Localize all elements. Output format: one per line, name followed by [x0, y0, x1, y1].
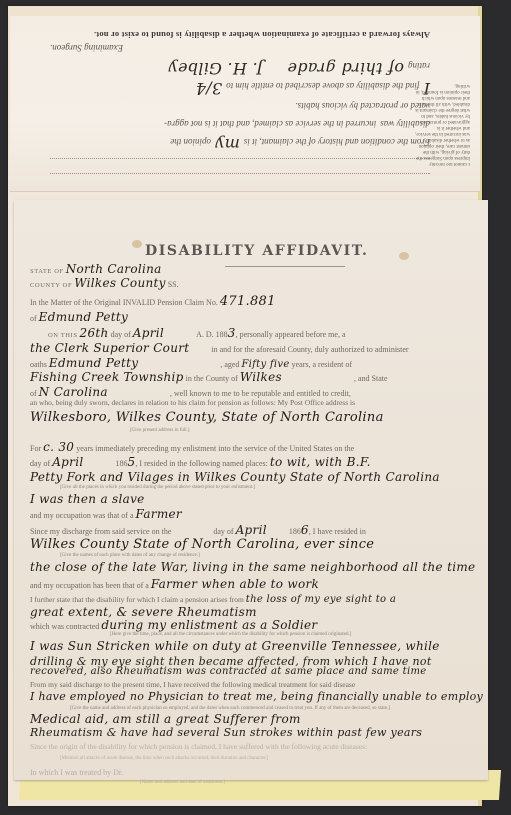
blank-line: [50, 173, 430, 184]
affidavit-sheet: DISABILITY AFFIDAVIT. STATE OF North Car…: [14, 200, 488, 780]
county-line: COUNTY OF Wilkes County SS.: [30, 276, 478, 290]
residence-value: Wilkes County State of North Carolina, e…: [30, 537, 374, 552]
years-text: years immediately preceding my enlistmen…: [76, 444, 354, 453]
age-value: Fifty five: [241, 359, 289, 370]
appeared-text: , personally appeared before me, a: [236, 330, 346, 339]
acute-line: Since the origin of the disability for w…: [30, 742, 478, 751]
treatment-value: Rheumatism & have had several Sun stroke…: [30, 726, 422, 739]
post-office-caption: [Give present address in full.]: [130, 428, 190, 433]
occupation-since-line: and my occupation has been that of a Far…: [30, 577, 478, 591]
places-value: I was then a slave: [30, 492, 145, 506]
county-of-label: in the County of: [186, 374, 238, 383]
residence-caption: [Give the names of each place with dates…: [60, 553, 200, 558]
acute-label: Since the origin of the disability for w…: [30, 742, 367, 751]
treatment-label: From my said discharge to the present ti…: [30, 680, 355, 689]
claim-label: In the Matter of the Original INVALID Pe…: [30, 298, 218, 307]
officer-text: in and for the aforesaid County, duly au…: [211, 345, 408, 354]
treatment-line: From my said discharge to the present ti…: [30, 680, 478, 689]
enlist-month: April: [52, 455, 83, 469]
occupation-line: and my occupation was that of a Farmer: [30, 507, 478, 521]
contracted-value: during my enlistment as a Soldier: [101, 618, 317, 632]
disability-label: I further state that the disability for …: [30, 595, 244, 604]
since-discharge-label: Since my discharge from said service on …: [30, 527, 171, 536]
treated-label: In which I was treated by Dr.: [30, 768, 123, 777]
handwritten-rating: 3/4: [196, 79, 223, 98]
printed-text: opinion the: [170, 137, 211, 147]
state-of-value: N Carolina: [39, 385, 108, 399]
contracted-label: which was contracted: [30, 622, 99, 631]
of-label: of: [30, 314, 37, 323]
places-caption: [Give all the places in which you reside…: [60, 485, 255, 490]
for-label: For: [30, 444, 41, 453]
officer-value: the Clerk Superior Court: [30, 341, 189, 355]
treated-line: In which I was treated by Dr.: [30, 768, 478, 777]
handwritten-opinion: my: [215, 135, 240, 154]
opinion-line: From the condition and history of the cl…: [50, 134, 430, 154]
post-office-value: Wilkesboro, Wilkes County, State of Nort…: [30, 410, 384, 425]
year-digit: 3: [228, 326, 236, 340]
disability-line-2: great extent, & severe Rheumatism: [30, 605, 478, 619]
signature-label: Examining Surgeon.: [50, 43, 123, 53]
claimant-line: of Edmund Petty: [30, 310, 478, 324]
treatment-caption: [Give the name and address of each physi…: [70, 706, 390, 711]
slave-line: I was then a slave: [30, 492, 478, 506]
printed-text: find the disability as above described t…: [226, 81, 419, 91]
disability-line: I further state that the disability for …: [30, 594, 478, 605]
places-value: to wit, with B.F.: [270, 455, 371, 469]
treatment-value: Medical aid, am still a great Sufferer f…: [30, 712, 301, 726]
occupation-since-label: and my occupation has been that of a: [30, 581, 149, 590]
discharge-year-digit: 6: [301, 523, 309, 537]
residence-value: the close of the late War, living in the…: [30, 560, 475, 574]
surgeon-signature: J. H. Gilbey: [168, 59, 263, 78]
contracted-line: which was contracted during my enlistmen…: [30, 618, 478, 632]
township-line: Fishing Creek Township in the County of …: [30, 370, 478, 384]
reputable-text: , well known to me to be reputable and e…: [170, 389, 351, 398]
surgeon-certificate: From the condition and history of the cl…: [50, 38, 430, 188]
disability-value: the loss of my eye sight to a: [246, 594, 396, 605]
treatment-line-2: Medical aid, am still a great Sufferer f…: [30, 712, 478, 726]
affiant-line: oaths Edmund Petty , aged Fifty five yea…: [30, 356, 478, 370]
disability-value: great extent, & severe Rheumatism: [30, 605, 257, 619]
discharge-year-prefix: 186: [289, 527, 301, 536]
ad-label: A. D. 188: [196, 330, 228, 339]
circumstances-line-3: recovered, also Rheumatism was contracte…: [30, 666, 478, 677]
footer-note: Always forward a certificate of examinat…: [50, 30, 430, 40]
occupation-label: and my occupation was that of a: [30, 511, 134, 520]
page-title: DISABILITY AFFIDAVIT.: [145, 243, 369, 259]
claim-line: In the Matter of the Original INVALID Pe…: [30, 294, 478, 309]
state-line: STATE OF North Carolina: [30, 262, 478, 276]
township-value: Fishing Creek Township: [30, 370, 184, 384]
places-line: Petty Fork and Vilages in Wilkes County …: [30, 470, 478, 484]
resided-text: , I resided in the following named place…: [135, 459, 267, 468]
years-line: For c. 30 years immediately preceding my…: [30, 440, 478, 454]
contracted-caption: [Here give the time, place, and all the …: [110, 632, 351, 637]
residence-line-1: Wilkes County State of North Carolina, e…: [30, 537, 478, 552]
paper-tear: [399, 252, 409, 260]
occupation-value: Farmer: [136, 507, 182, 521]
day-of-label: day of: [30, 459, 50, 468]
enlist-year-prefix: 186: [115, 459, 127, 468]
sworn-line: an who, being duly sworn, declares in re…: [30, 398, 478, 407]
claimant-name: Edmund Petty: [39, 310, 128, 324]
treatment-line-1: I have employed no Physician to treat me…: [30, 690, 478, 703]
state-of-line: of N Carolina , well known to me to be r…: [30, 385, 478, 399]
acute-caption: [Mention all attacks of acute disease, t…: [60, 756, 268, 761]
post-office-line: Wilkesboro, Wilkes County, State of Nort…: [30, 410, 478, 425]
discharge-month: April: [236, 523, 267, 537]
occupation-since-value: Farmer when able to work: [151, 577, 319, 591]
state-label: STATE OF: [30, 268, 64, 275]
printed-text: From the condition and history of the cl…: [244, 137, 430, 147]
ss-label: SS.: [168, 280, 179, 289]
and-state-label: , and State: [354, 374, 388, 383]
day-of-label: day of: [111, 330, 131, 339]
side-instruction-note: I cannot too forcibly impress upon Surge…: [415, 46, 470, 166]
oaths-label: oaths: [30, 360, 47, 369]
affiant-name: Edmund Petty: [49, 356, 138, 370]
upper-flap-upside-down: From the condition and history of the cl…: [10, 16, 480, 192]
county-label: COUNTY OF: [30, 282, 72, 289]
circumstances-value: I was Sun Stricken while on duty at Gree…: [30, 639, 440, 653]
discharge-line: Since my discharge from said service on …: [30, 523, 478, 537]
day-value: 26th: [80, 326, 109, 340]
printed-text: vated or protracted by vicious habits.: [295, 101, 430, 111]
state-value: North Carolina: [66, 262, 162, 276]
month-value: April: [133, 326, 164, 340]
enlistment-line: day of April 1865, I resided in the foll…: [30, 455, 478, 469]
claim-number: 471.881: [220, 294, 276, 309]
resident-text: years, a resident of: [292, 360, 352, 369]
treated-caption: [Name and address and date of treatment.…: [140, 780, 225, 785]
circumstances-line-1: I was Sun Stricken while on duty at Gree…: [30, 639, 478, 653]
places-value: Petty Fork and Vilages in Wilkes County …: [30, 470, 440, 484]
day-of-label: day of: [213, 527, 233, 536]
circumstances-value: recovered, also Rheumatism was contracte…: [30, 666, 426, 677]
aged-label: , aged: [220, 360, 239, 369]
treatment-line-3: Rheumatism & have had several Sun stroke…: [30, 726, 478, 739]
sworn-text: an who, being duly sworn, declares in re…: [30, 398, 355, 407]
resided-in-text: , I have resided in: [309, 527, 366, 536]
blank-line: [50, 158, 430, 169]
officer-line: the Clerk Superior Court in and for the …: [30, 341, 478, 355]
county-value: Wilkes County: [74, 276, 166, 290]
treatment-value: I have employed no Physician to treat me…: [30, 690, 483, 703]
handwritten-grade: of third grade: [287, 59, 404, 78]
date-line: ON THIS 26th day of April A. D. 1883, pe…: [30, 326, 478, 340]
on-this-label: ON THIS: [48, 332, 78, 339]
residence-line-2: the close of the late War, living in the…: [30, 560, 478, 574]
years-value: c. 30: [43, 440, 74, 454]
paper-tear: [132, 240, 142, 248]
printed-text: incurred in the service as claimed, and …: [164, 119, 376, 129]
county-of-value: Wilkes: [240, 370, 282, 384]
state-of-label: of: [30, 389, 37, 398]
